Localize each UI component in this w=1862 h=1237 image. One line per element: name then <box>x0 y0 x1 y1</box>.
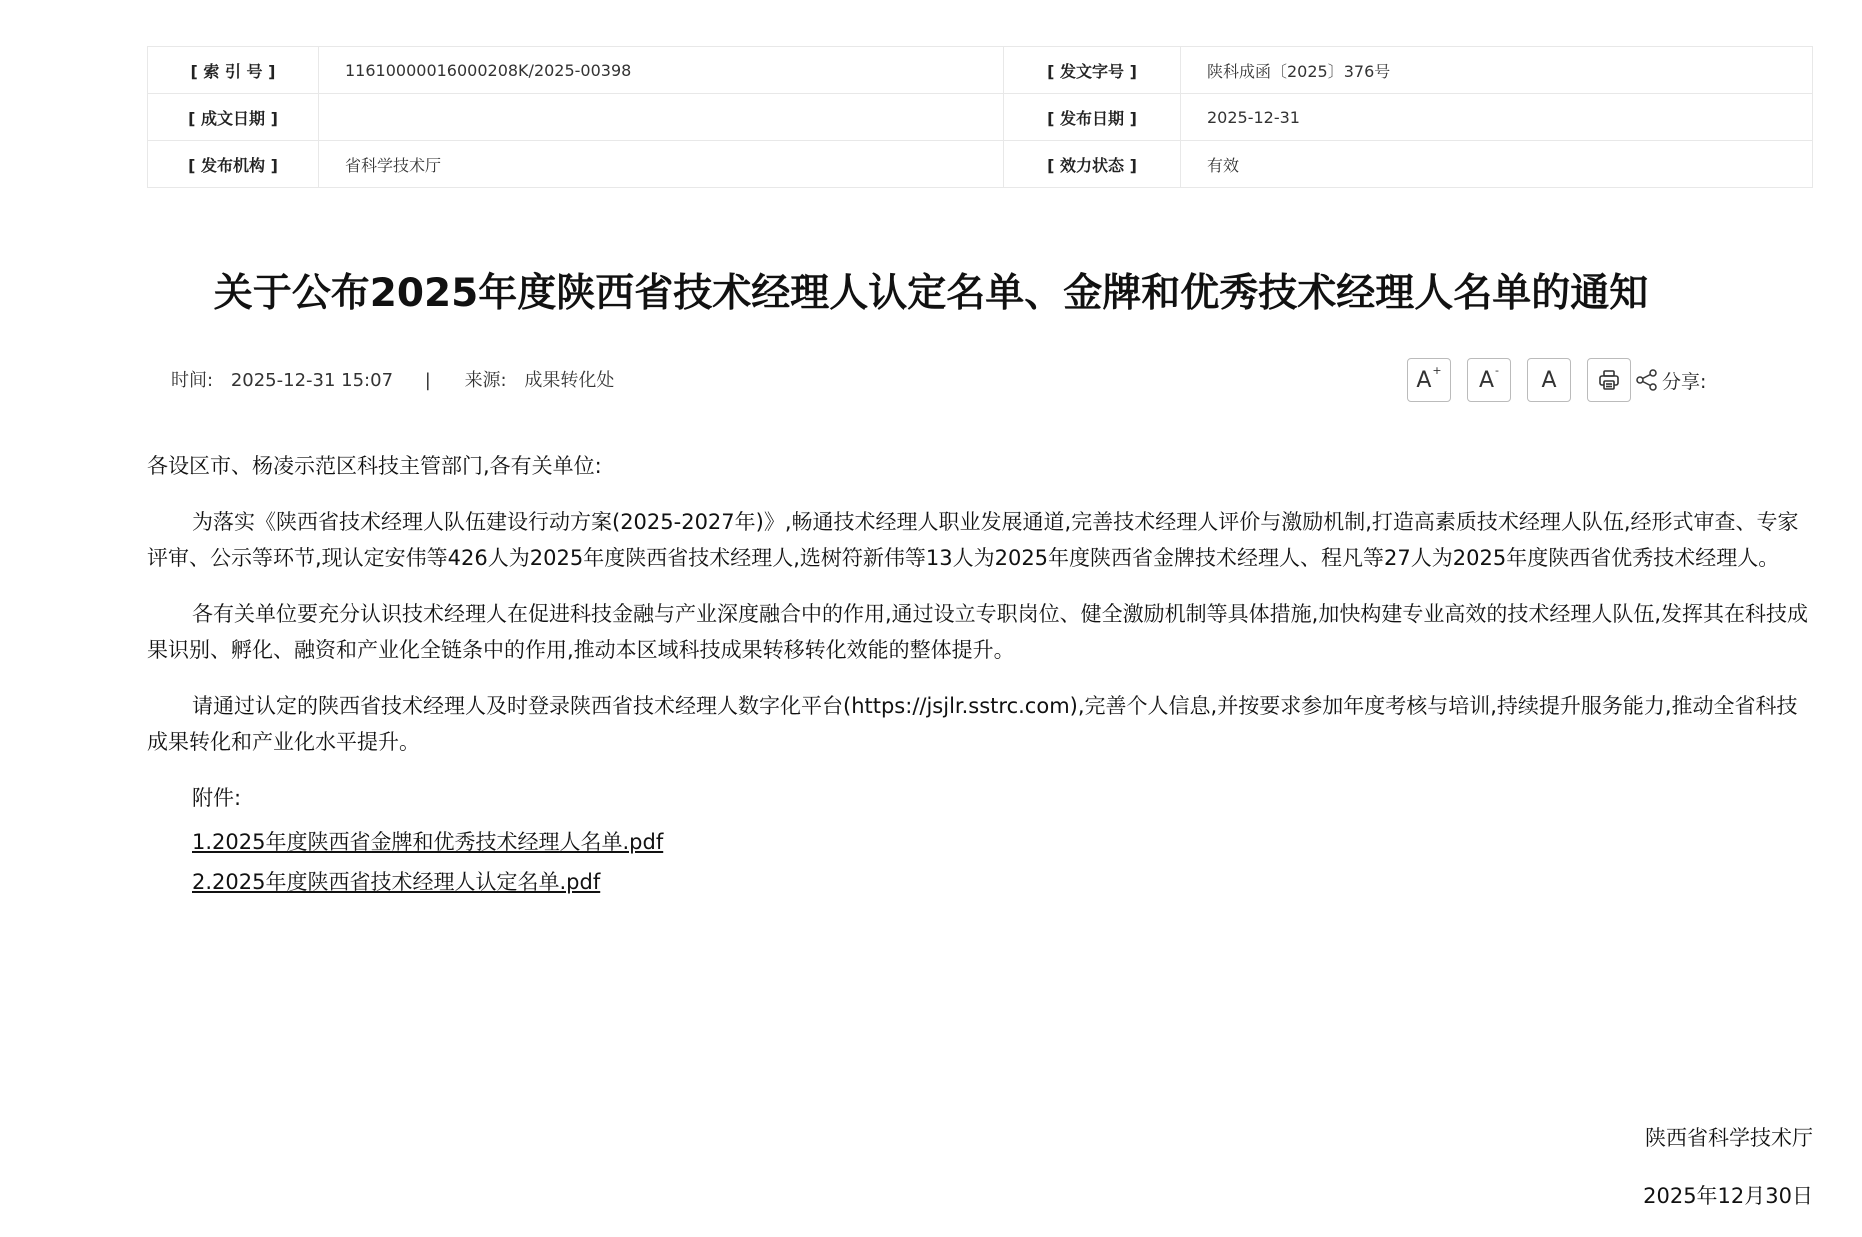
body-paragraph: 各有关单位要充分认识技术经理人在促进科技金融与产业深度融合中的作用,通过设立专职… <box>147 596 1812 668</box>
font-decrease-icon: A- <box>1479 368 1499 393</box>
signature-org: 陕西省科学技术厅 <box>1643 1122 1813 1152</box>
meta-row: [ 索 引 号 ] 11610000016000208K/2025-00398 … <box>148 47 1813 94</box>
publish-date-value: 2025-12-31 <box>1181 94 1813 141</box>
meta-row: [ 发布机构 ] 省科学技术厅 [ 效力状态 ] 有效 <box>148 141 1813 188</box>
font-increase-icon: A+ <box>1416 368 1441 393</box>
salutation: 各设区市、杨凌示范区科技主管部门,各有关单位: <box>147 448 1812 484</box>
document-meta-table: [ 索 引 号 ] 11610000016000208K/2025-00398 … <box>147 46 1813 188</box>
print-button[interactable] <box>1587 358 1631 402</box>
attachment-link-certified-list[interactable]: 2.2025年度陕西省技术经理人认定名单.pdf <box>192 862 1812 902</box>
body-paragraph: 请通过认定的陕西省技术经理人及时登录陕西省技术经理人数字化平台(https://… <box>147 688 1812 760</box>
share-icon <box>1635 368 1659 392</box>
font-decrease-button[interactable]: A- <box>1467 358 1511 402</box>
article-body: 各设区市、杨凌示范区科技主管部门,各有关单位: 为落实《陕西省技术经理人队伍建设… <box>147 448 1812 902</box>
source-label: 来源: <box>465 370 507 391</box>
attachments-section: 附件: 1.2025年度陕西省金牌和优秀技术经理人名单.pdf 2.2025年度… <box>147 780 1812 902</box>
source-value: 成果转化处 <box>524 370 614 391</box>
attachment-link-gold-excellent-list[interactable]: 1.2025年度陕西省金牌和优秀技术经理人名单.pdf <box>192 822 1812 862</box>
share-button[interactable]: 分享: <box>1635 367 1706 394</box>
printer-icon <box>1597 368 1621 392</box>
page-title: 关于公布2025年度陕西省技术经理人认定名单、金牌和优秀技术经理人名单的通知 <box>0 262 1862 318</box>
time-value: 2025-12-31 15:07 <box>231 370 393 391</box>
info-separator: | <box>425 370 431 391</box>
time-label: 时间: <box>171 370 213 391</box>
signature-date: 2025年12月30日 <box>1643 1180 1813 1210</box>
document-number-value: 陕科成函〔2025〕376号 <box>1181 47 1813 94</box>
publisher-value: 省科学技术厅 <box>319 141 1004 188</box>
body-paragraph: 为落实《陕西省技术经理人队伍建设行动方案(2025-2027年)》,畅通技术经理… <box>147 504 1812 576</box>
signature-block: 陕西省科学技术厅 2025年12月30日 <box>1643 1122 1813 1237</box>
article-toolbar: A+ A- A 分享: <box>1407 358 1706 402</box>
font-increase-button[interactable]: A+ <box>1407 358 1451 402</box>
document-number-label: [ 发文字号 ] <box>1004 47 1181 94</box>
font-reset-button[interactable]: A <box>1527 358 1571 402</box>
article-info-line: 时间: 2025-12-31 15:07 | 来源: 成果转化处 <box>171 366 614 392</box>
written-date-value <box>319 94 1004 141</box>
written-date-label: [ 成文日期 ] <box>148 94 319 141</box>
share-label: 分享: <box>1662 367 1706 394</box>
publish-date-label: [ 发布日期 ] <box>1004 94 1181 141</box>
publisher-label: [ 发布机构 ] <box>148 141 319 188</box>
index-number-value: 11610000016000208K/2025-00398 <box>319 47 1004 94</box>
index-number-label: [ 索 引 号 ] <box>148 47 319 94</box>
validity-status-label: [ 效力状态 ] <box>1004 141 1181 188</box>
font-reset-icon: A <box>1541 368 1556 393</box>
attachments-label: 附件: <box>192 780 1812 816</box>
validity-status-value: 有效 <box>1181 141 1813 188</box>
meta-row: [ 成文日期 ] [ 发布日期 ] 2025-12-31 <box>148 94 1813 141</box>
